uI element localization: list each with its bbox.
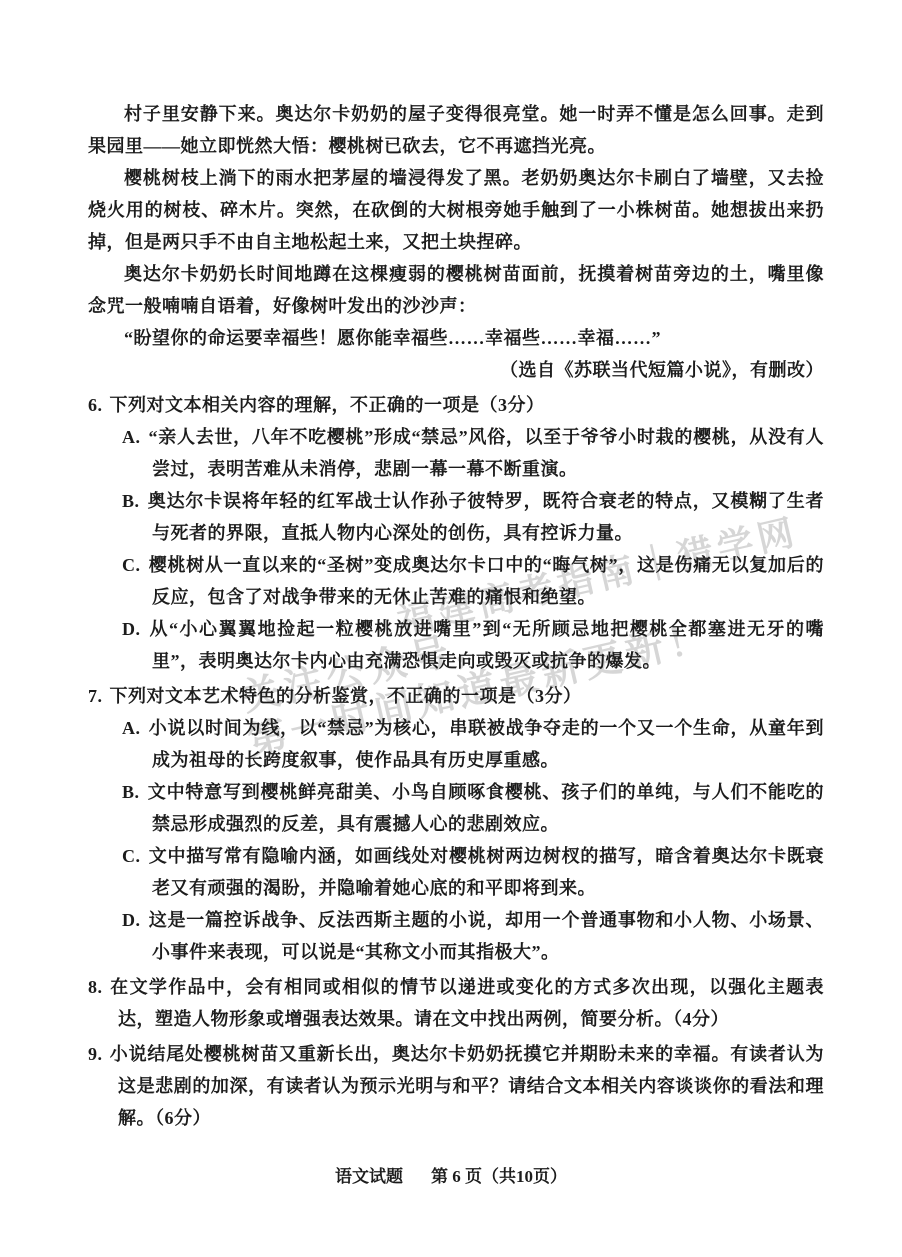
question-7: 7.下列对文本艺术特色的分析鉴赏，不正确的一项是（3分） A.小说以时间为线，以… xyxy=(88,680,824,968)
question-7-option-d: D.这是一篇控诉战争、反法西斯主题的小说，却用一个普通事物和小人物、小场景、小事… xyxy=(122,904,824,968)
question-6-stem-text: 下列对文本相关内容的理解，不正确的一项是（3分） xyxy=(110,395,545,415)
question-8-stem: 8.在文学作品中，会有相同或相似的情节以递进或变化的方式多次出现，以强化主题表达… xyxy=(88,971,824,1035)
question-8-stem-text: 在文学作品中，会有相同或相似的情节以递进或变化的方式多次出现，以强化主题表达，塑… xyxy=(110,977,825,1029)
option-label-c: C. xyxy=(122,555,149,575)
option-text: 文中描写常有隐喻内涵，如画线处对樱桃树两边树杈的描写，暗含着奥达尔卡既衰老又有顽… xyxy=(149,846,825,898)
question-7-number: 7. xyxy=(88,686,110,706)
question-6-option-d: D.从“小心翼翼地捡起一粒樱桃放进嘴里”到“无所顾忌地把樱桃全都塞进无牙的嘴里”… xyxy=(122,613,824,677)
question-6-option-a: A.“亲人去世，八年不吃樱桃”形成“禁忌”风俗，以至于爷爷小时栽的樱桃，从没有人… xyxy=(122,421,824,485)
option-label-a: A. xyxy=(122,427,149,447)
passage-quote: “盼望你的命运要幸福些！愿你能幸福些……幸福些……幸福……” xyxy=(88,322,824,354)
question-6-stem: 6.下列对文本相关内容的理解，不正确的一项是（3分） xyxy=(88,389,824,421)
exam-content: 村子里安静下来。奥达尔卡奶奶的屋子变得很亮堂。她一时弄不懂是怎么回事。走到果园里… xyxy=(88,98,824,1134)
option-text: 奥达尔卡误将年轻的红军战士认作孙子彼特罗，既符合衰老的特点，又模糊了生者与死者的… xyxy=(148,491,824,543)
question-9: 9.小说结尾处樱桃树苗又重新长出，奥达尔卡奶奶抚摸它并期盼未来的幸福。有读者认为… xyxy=(88,1038,824,1134)
option-label-d: D. xyxy=(122,619,149,639)
question-6: 6.下列对文本相关内容的理解，不正确的一项是（3分） A.“亲人去世，八年不吃樱… xyxy=(88,389,824,677)
passage-paragraph-3: 奥达尔卡奶奶长时间地蹲在这棵瘦弱的樱桃树苗面前，抚摸着树苗旁边的土，嘴里像念咒一… xyxy=(88,258,824,322)
question-6-number: 6. xyxy=(88,395,110,415)
option-text: “亲人去世，八年不吃樱桃”形成“禁忌”风俗，以至于爷爷小时栽的樱桃，从没有人尝过… xyxy=(149,427,825,479)
question-7-stem: 7.下列对文本艺术特色的分析鉴赏，不正确的一项是（3分） xyxy=(88,680,824,712)
passage-paragraph-2: 樱桃树枝上淌下的雨水把茅屋的墙浸得发了黑。老奶奶奥达尔卡刷白了墙壁，又去捡烧火用… xyxy=(88,162,824,258)
question-6-option-c: C.樱桃树从一直以来的“圣树”变成奥达尔卡口中的“晦气树”，这是伤痛无以复加后的… xyxy=(122,549,824,613)
option-text: 这是一篇控诉战争、反法西斯主题的小说，却用一个普通事物和小人物、小场景、小事件来… xyxy=(149,910,825,962)
passage-paragraph-1: 村子里安静下来。奥达尔卡奶奶的屋子变得很亮堂。她一时弄不懂是怎么回事。走到果园里… xyxy=(88,98,824,162)
page-footer: 语文试题第 6 页（共10页） xyxy=(0,1162,902,1187)
question-9-number: 9. xyxy=(88,1044,110,1064)
question-8-number: 8. xyxy=(88,977,110,997)
option-text: 从“小心翼翼地捡起一粒樱桃放进嘴里”到“无所顾忌地把樱桃全都塞进无牙的嘴里”，表… xyxy=(149,619,825,671)
passage-attribution: （选自《苏联当代短篇小说》，有删改） xyxy=(88,354,824,386)
option-label-b: B. xyxy=(122,491,148,511)
question-9-stem: 9.小说结尾处樱桃树苗又重新长出，奥达尔卡奶奶抚摸它并期盼未来的幸福。有读者认为… xyxy=(88,1038,824,1134)
question-9-stem-text: 小说结尾处樱桃树苗又重新长出，奥达尔卡奶奶抚摸它并期盼未来的幸福。有读者认为这是… xyxy=(110,1044,825,1128)
question-7-stem-text: 下列对文本艺术特色的分析鉴赏，不正确的一项是（3分） xyxy=(110,686,582,706)
question-7-option-c: C.文中描写常有隐喻内涵，如画线处对樱桃树两边树杈的描写，暗含着奥达尔卡既衰老又… xyxy=(122,840,824,904)
option-label-a: A. xyxy=(122,718,149,738)
option-text: 小说以时间为线，以“禁忌”为核心，串联被战争夺走的一个又一个生命，从童年到成为祖… xyxy=(149,718,825,770)
question-8: 8.在文学作品中，会有相同或相似的情节以递进或变化的方式多次出现，以强化主题表达… xyxy=(88,971,824,1035)
footer-page-number: 第 6 页（共10页） xyxy=(431,1167,567,1186)
option-label-d: D. xyxy=(122,910,149,930)
option-label-b: B. xyxy=(122,782,148,802)
question-7-option-b: B.文中特意写到樱桃鲜亮甜美、小鸟自顾啄食樱桃、孩子们的单纯，与人们不能吃的禁忌… xyxy=(122,776,824,840)
option-text: 文中特意写到樱桃鲜亮甜美、小鸟自顾啄食樱桃、孩子们的单纯，与人们不能吃的禁忌形成… xyxy=(148,782,824,834)
option-label-c: C. xyxy=(122,846,149,866)
question-7-option-a: A.小说以时间为线，以“禁忌”为核心，串联被战争夺走的一个又一个生命，从童年到成… xyxy=(122,712,824,776)
footer-subject-title: 语文试题 xyxy=(335,1167,403,1186)
option-text: 樱桃树从一直以来的“圣树”变成奥达尔卡口中的“晦气树”，这是伤痛无以复加后的反应… xyxy=(149,555,825,607)
exam-page: 福建高考指南｜猎学网 关注公众号， 第一时间知道最新更新！ 村子里安静下来。奥达… xyxy=(0,0,902,1257)
question-6-option-b: B.奥达尔卡误将年轻的红军战士认作孙子彼特罗，既符合衰老的特点，又模糊了生者与死… xyxy=(122,485,824,549)
